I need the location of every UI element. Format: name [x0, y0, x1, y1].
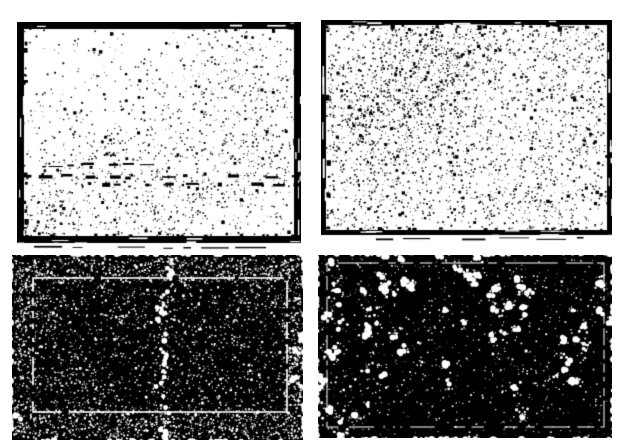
grunge-frame-top-right-texture	[321, 20, 612, 245]
grunge-frame-bottom-left	[12, 255, 303, 440]
grunge-frame-top-left-texture	[17, 22, 301, 251]
grunge-frame-bottom-right-texture	[318, 255, 612, 438]
grunge-frame-bottom-left-texture	[12, 255, 303, 440]
grunge-frame-bottom-right	[318, 255, 612, 438]
grunge-frame-top-right	[321, 20, 612, 245]
grunge-frame-top-left	[17, 22, 301, 251]
grunge-texture-set	[0, 0, 626, 448]
